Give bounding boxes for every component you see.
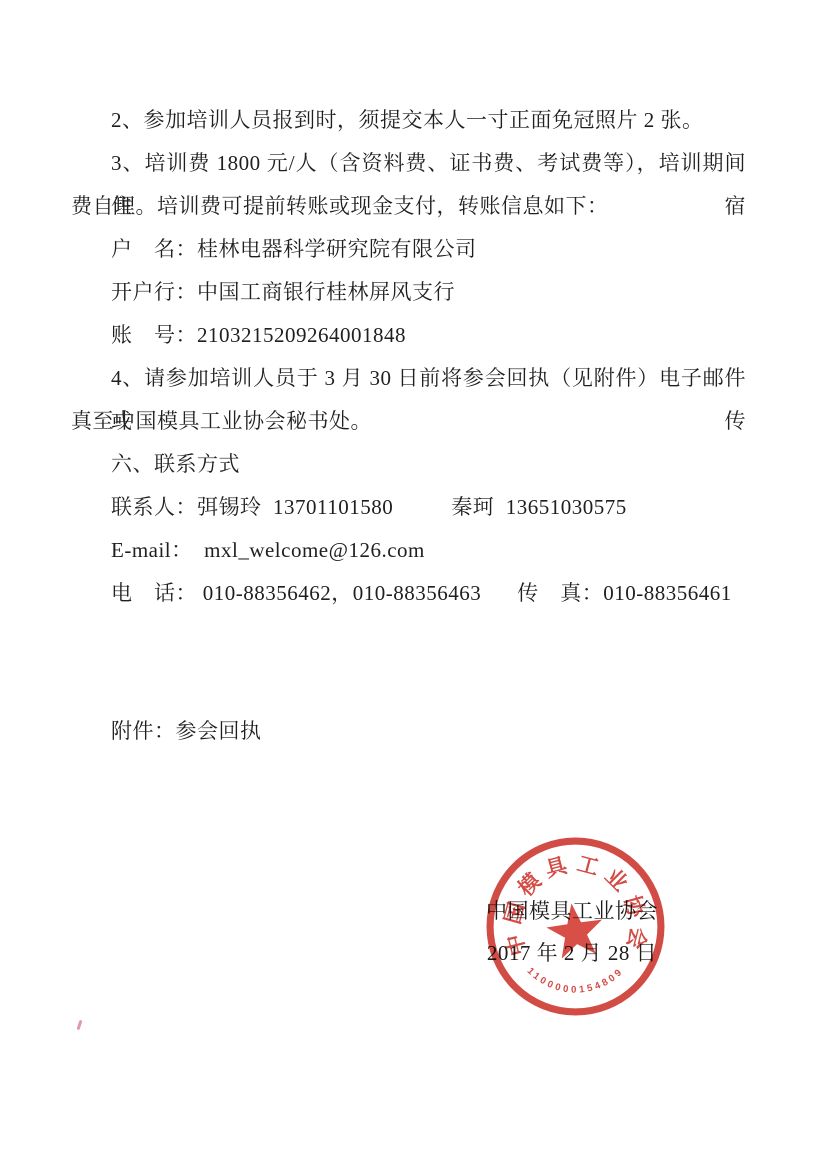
star-icon: [544, 899, 607, 960]
contact-person-1: 联系人：弭锡玲 13701101580: [111, 495, 393, 519]
official-seal: 中国模具工业协会 1100000154809: [486, 835, 665, 1018]
contact-person-2: 秦珂 13651030575: [451, 495, 627, 519]
contact-persons-line: 联系人：弭锡玲 13701101580秦珂 13651030575: [71, 486, 746, 529]
account-name-line: 户 名：桂林电器科学研究院有限公司: [71, 228, 746, 271]
attachment-note: 附件：参会回执: [71, 710, 746, 753]
phone-fax-line: 电 话： 010-88356462，010-88356463传 真：010-88…: [71, 572, 746, 615]
account-number-line: 账 号：2103215209264001848: [71, 314, 746, 357]
para-reply-deadline: 4、请参加培训人员于 3 月 30 日前将参会回执（见附件）电子邮件或传: [71, 357, 746, 400]
email-line: E-mail： mxl_welcome@126.com: [71, 529, 746, 572]
phone-numbers: 电 话： 010-88356462，010-88356463: [111, 581, 481, 605]
para-training-fee: 3、培训费 1800 元/人（含资料费、证书费、考试费等），培训期间住宿: [71, 142, 746, 185]
fax-number: 传 真：010-88356461: [517, 581, 732, 605]
para-photo-requirement: 2、参加培训人员报到时，须提交本人一寸正面免冠照片 2 张。: [71, 99, 746, 142]
seal-registration-code: 1100000154809: [525, 966, 627, 996]
scanned-document-page: 2、参加培训人员报到时，须提交本人一寸正面免冠照片 2 张。 3、培训费 180…: [0, 0, 826, 1169]
document-body: 2、参加培训人员报到时，须提交本人一寸正面免冠照片 2 张。 3、培训费 180…: [0, 0, 826, 753]
bank-branch-line: 开户行：中国工商银行桂林屏风支行: [71, 271, 746, 314]
section-contact-heading: 六、联系方式: [71, 443, 746, 486]
scan-artifact-mark: [77, 1020, 83, 1030]
